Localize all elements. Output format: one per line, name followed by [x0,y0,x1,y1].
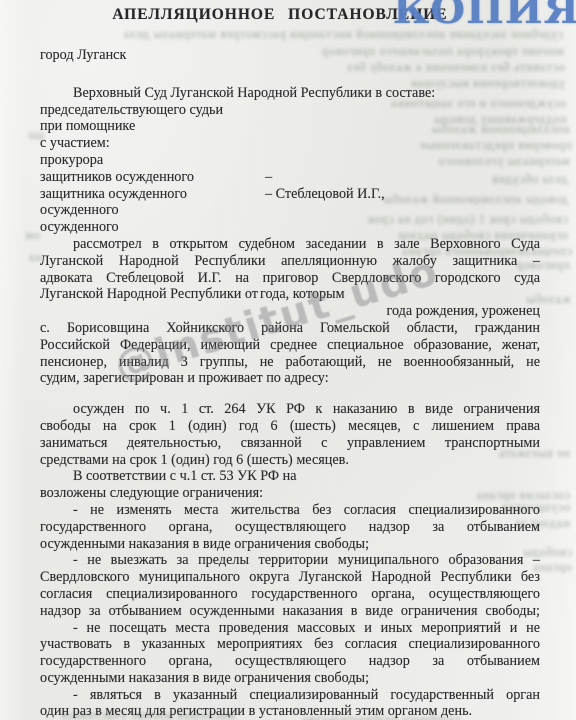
line-gap [40,387,540,401]
document-line: осужденными наказания в виде ограничения… [40,670,540,687]
document-line: при помощнике [40,118,540,135]
document-line: осужденного [40,202,540,219]
document-line: защитников осужденного– [40,169,540,186]
document-line: свободы на срок 1 (один) год 6 (шесть) м… [40,418,540,435]
document-line: возложены следующие ограничения: [40,485,540,502]
document-line: осужденными наказания в виде ограничения… [40,536,540,553]
copy-stamp: КОПИЯ [393,0,576,30]
document-line: средствами на срок 1 (один) год 6 (шесть… [40,452,540,469]
document-line: государственного органа, осуществляющего… [40,653,540,670]
document-line: государственного органа, осуществляющего… [40,519,540,536]
document-line: В соответствии с ч.1 ст. 53 УК РФ на [40,468,540,485]
document-line: судим, зарегистрирован и проживает по ад… [40,370,540,387]
document-line: Свердловского муниципального округа Луга… [40,569,540,586]
document-line: осужденного [40,219,540,236]
document-line: участвовать в указанных мероприятиях без… [40,636,540,653]
bleedthrough-line: на [16,250,42,264]
document-line: с. Борисовщина Хойникского района Гомель… [40,320,540,337]
document-line: надзор за отбыванием осужденными наказан… [40,603,540,620]
bleedthrough-line: ом [16,228,40,242]
document-line: пенсионер, инвалид 3 группы, не работающ… [40,354,540,371]
document-line: - не изменять места жительства без согла… [40,502,540,519]
line-gap [40,64,540,85]
document-line: Российской Федерации, имеющий среднее сп… [40,337,540,354]
document-line: Луганской Народной Республики отгода, ко… [40,286,540,303]
document-line: Луганской Народной Республики апелляцион… [40,253,540,270]
document-line-right-part: года, которым [260,286,345,303]
document-line: - являться в указанный специализированны… [40,687,540,704]
document-line-right-part: – Стеблецовой И.Г., [265,186,385,203]
document-line: осужден по ч. 1 ст. 264 УК РФ к наказани… [40,401,540,418]
document-line: один раз в месяц для регистрации в устан… [40,703,540,720]
document-line: защитника осужденного– Стеблецовой И.Г., [40,186,540,203]
document-line: - не выезжать за пределы территории муни… [40,552,540,569]
document-line: прокурора [40,152,540,169]
document-line: - не посещать места проведения массовых … [40,620,540,637]
document-line: с участием: [40,135,540,152]
document-line: Верховный Суд Луганской Народной Республ… [40,85,540,102]
document-line-right-part: – [265,169,272,186]
document-line: согласия специализированного государстве… [40,586,540,603]
document-line: заниматься деятельностью, связанной с уп… [40,435,540,452]
document-line: года рождения, уроженец [40,303,540,320]
document-line: рассмотрел в открытом судебном заседании… [40,236,540,253]
document-line: город Луганск [40,47,540,64]
document-line: адвоката Стеблецовой И.Г. на приговор Св… [40,270,540,287]
scanned-court-document-page: АПЕЛЛЯЦИОННОЕ ПОСТАНОВЛЕНИЕ КОПИЯ @insti… [0,0,576,720]
document-body: город ЛуганскВерховный Суд Луганской Нар… [40,47,540,720]
document-line: председательствующего судьи [40,102,540,119]
